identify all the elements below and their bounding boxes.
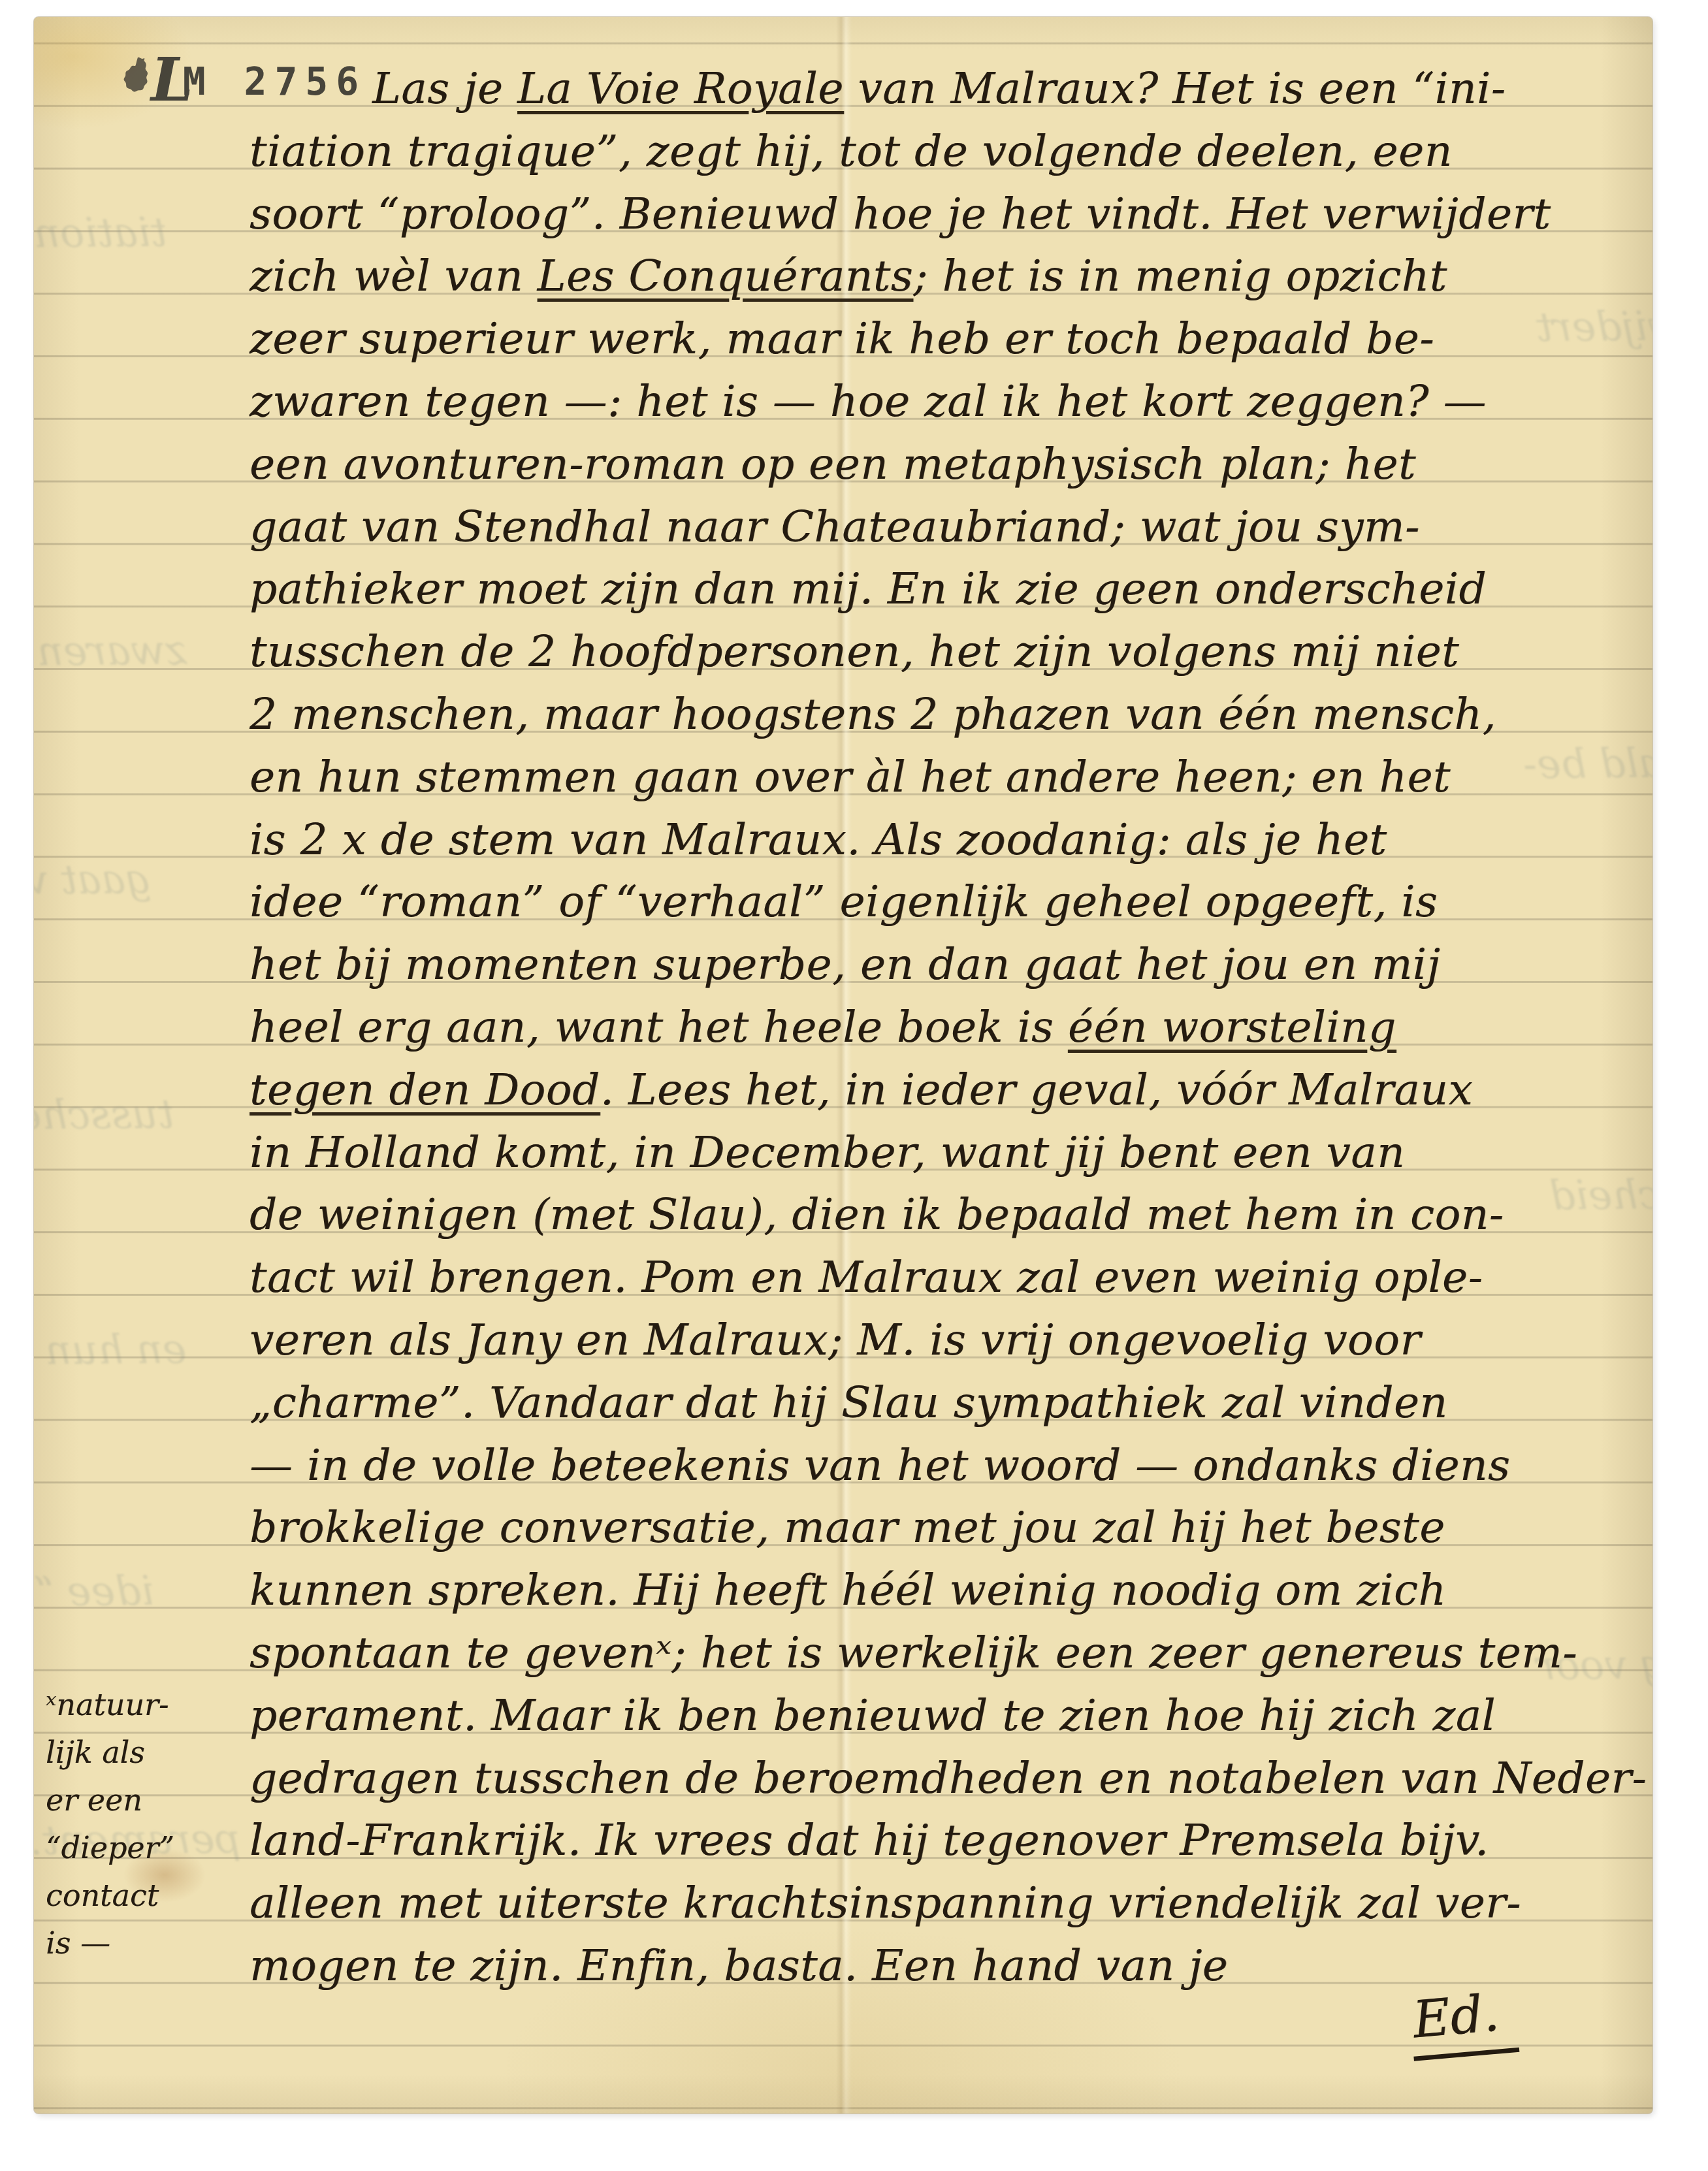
letter-line: brokkelige conversatie, maar met jou zal… [250,1496,1628,1559]
handwritten-text: zwaren tegen —: het is — hoe zal ik het … [250,376,1487,426]
handwritten-text: is 2 x de stem van Malraux. Als zoodanig… [250,814,1387,865]
letter-line: tusschen de 2 hoofdpersonen, het zijn vo… [250,620,1628,683]
letter-line: — in de volle beteekenis van het woord —… [250,1434,1628,1497]
letter-line: pathieker moet zijn dan mij. En ik zie g… [250,558,1628,620]
signature-text: Ed. [1408,1982,1519,2061]
letter-line: zwaren tegen —: het is — hoe zal ik het … [250,370,1628,433]
lion-emblem-icon [121,55,155,93]
underlined-text: tegen den Dood [250,1065,600,1115]
handwritten-text: een avonturen-roman op een metaphysisch … [250,439,1416,489]
bleedthrough-fragment: en hun stemmen gaan over àl het andere h… [34,1325,187,1383]
letter-line: zich wèl van Les Conquérants; het is in … [250,245,1628,308]
letter-line: de weinigen (met Slau), dien ik bepaald … [250,1183,1628,1246]
letter-line: tact wil brengen. Pom en Malraux zal eve… [250,1246,1628,1309]
handwritten-text: zeer superieur werk, maar ik heb er toch… [250,314,1434,364]
letter-line: in Holland komt, in December, want jij b… [250,1121,1628,1184]
handwritten-text: tact wil brengen. Pom en Malraux zal eve… [250,1252,1483,1302]
handwritten-text: kunnen spreken. Hij heeft héél weinig no… [250,1565,1446,1615]
margin-note-line: is — [46,1920,242,1967]
letter-line: een avonturen-roman op een metaphysisch … [250,433,1628,496]
handwritten-text: pathieker moet zijn dan mij. En ik zie g… [250,564,1487,614]
letter-line: land-Frankrijk. Ik vrees dat hij tegenov… [250,1809,1628,1872]
handwritten-text: Las je [372,63,517,114]
handwritten-text: land-Frankrijk. Ik vrees dat hij tegenov… [250,1815,1489,1865]
letter-line: veren als Jany en Malraux; M. is vrij on… [250,1309,1628,1372]
handwritten-text: veren als Jany en Malraux; M. is vrij on… [250,1315,1421,1365]
handwritten-text: „charme”. Vandaar dat hij Slau sympathie… [250,1377,1448,1428]
letter-line: Las je La Voie Royale van Malraux? Het i… [250,57,1628,120]
margin-note-line: contact [46,1872,242,1920]
handwritten-text: — in de volle beteekenis van het woord —… [250,1440,1511,1490]
handwritten-text: tusschen de 2 hoofdpersonen, het zijn vo… [250,626,1459,677]
bleedthrough-fragment: tiation tragique”, zegt hij, tot de volg… [34,208,167,266]
handwritten-text: ; het is in menig opzicht [913,251,1447,301]
handwritten-text: . Lees het, in ieder geval, vóór Malraux [600,1065,1473,1115]
letter-line: heel erg aan, want het heele boek is één… [250,996,1628,1059]
scan-background: { "stamp": { "emblem": "lion-emblem", "m… [0,0,1708,2171]
letter-line: tegen den Dood. Lees het, in ieder geval… [250,1059,1628,1121]
bleedthrough-fragment: tusschen de 2 hoofdpersonen, het zijn vo… [34,1090,174,1148]
bleedthrough-fragment: gaat van Stendhal naar Chateaubriand; wa… [34,855,152,912]
handwritten-text: spontaan te gevenˣ; het is werkelijk een… [250,1628,1577,1678]
letter-line: 2 menschen, maar hoogstens 2 phazen van … [250,683,1628,746]
handwritten-text: mogen te zijn. Enfin, basta. Een hand va… [250,1940,1228,1991]
letter-line: en hun stemmen gaan over àl het andere h… [250,746,1628,809]
handwritten-text: perament. Maar ik ben benieuwd te zien h… [250,1690,1496,1741]
margin-note-line: er een [46,1777,242,1824]
margin-note: ˣnatuur-lijk alser een“dieper”contactis … [46,1681,242,1967]
letter-line: het bij momenten superbe, en dan gaat he… [250,933,1628,996]
letter-body: Las je La Voie Royale van Malraux? Het i… [250,57,1628,1997]
bleedthrough-fragment: idee “roman” of “verhaal” eigenlijk gehe… [34,1567,154,1624]
margin-note-line: ˣnatuur- [46,1681,242,1729]
letter-line: idee “roman” of “verhaal” eigenlijk gehe… [250,871,1628,933]
handwritten-text: de weinigen (met Slau), dien ik bepaald … [250,1189,1504,1240]
letter-line: gedragen tusschen de beroemdheden en not… [250,1747,1628,1810]
underlined-text: La Voie Royale [517,63,844,114]
letter-line: gaat van Stendhal naar Chateaubriand; wa… [250,496,1628,558]
handwritten-text: brokkelige conversatie, maar met jou zal… [250,1502,1445,1552]
margin-note-line: lijk als [46,1729,242,1777]
handwritten-text: tiation tragique”, zegt hij, tot de volg… [250,126,1453,176]
handwritten-text: soort “proloog”. Benieuwd hoe je het vin… [250,189,1551,239]
letter-line: kunnen spreken. Hij heeft héél weinig no… [250,1559,1628,1622]
handwritten-text: 2 menschen, maar hoogstens 2 phazen van … [250,689,1496,739]
handwritten-text: van Malraux? Het is een “ini- [844,63,1506,114]
letter-paper: tiation tragique”, zegt hij, tot de volg… [34,17,1652,2114]
handwritten-text: zich wèl van [250,251,538,301]
letter-line: spontaan te gevenˣ; het is werkelijk een… [250,1622,1628,1684]
underlined-text: Les Conquérants [538,251,914,301]
letter-line: zeer superieur werk, maar ik heb er toch… [250,308,1628,370]
handwritten-text: idee “roman” of “verhaal” eigenlijk gehe… [250,876,1438,927]
letter-line: soort “proloog”. Benieuwd hoe je het vin… [250,183,1628,246]
handwritten-text: in Holland komt, in December, want jij b… [250,1127,1405,1178]
handwritten-text: gaat van Stendhal naar Chateaubriand; wa… [250,502,1420,552]
letter-line: „charme”. Vandaar dat hij Slau sympathie… [250,1372,1628,1434]
letter-line: tiation tragique”, zegt hij, tot de volg… [250,120,1628,183]
letter-line: alleen met uiterste krachtsinspanning vr… [250,1872,1628,1935]
handwritten-text: heel erg aan, want het heele boek is [250,1002,1068,1052]
handwritten-text: alleen met uiterste krachtsinspanning vr… [250,1878,1521,1928]
handwritten-text: gedragen tusschen de beroemdheden en not… [250,1753,1647,1803]
letter-line: is 2 x de stem van Malraux. Als zoodanig… [250,809,1628,871]
handwritten-text: en hun stemmen gaan over àl het andere h… [250,752,1451,802]
handwritten-text: het bij momenten superbe, en dan gaat he… [250,939,1440,989]
signature: Ed. [1411,1987,1517,2057]
underlined-text: één worsteling [1068,1002,1396,1052]
bleedthrough-fragment: zwaren tegen —: het is — hoe zal ik het … [34,626,187,683]
margin-note-line: “dieper” [46,1824,242,1872]
letter-line: perament. Maar ik ben benieuwd te zien h… [250,1684,1628,1747]
